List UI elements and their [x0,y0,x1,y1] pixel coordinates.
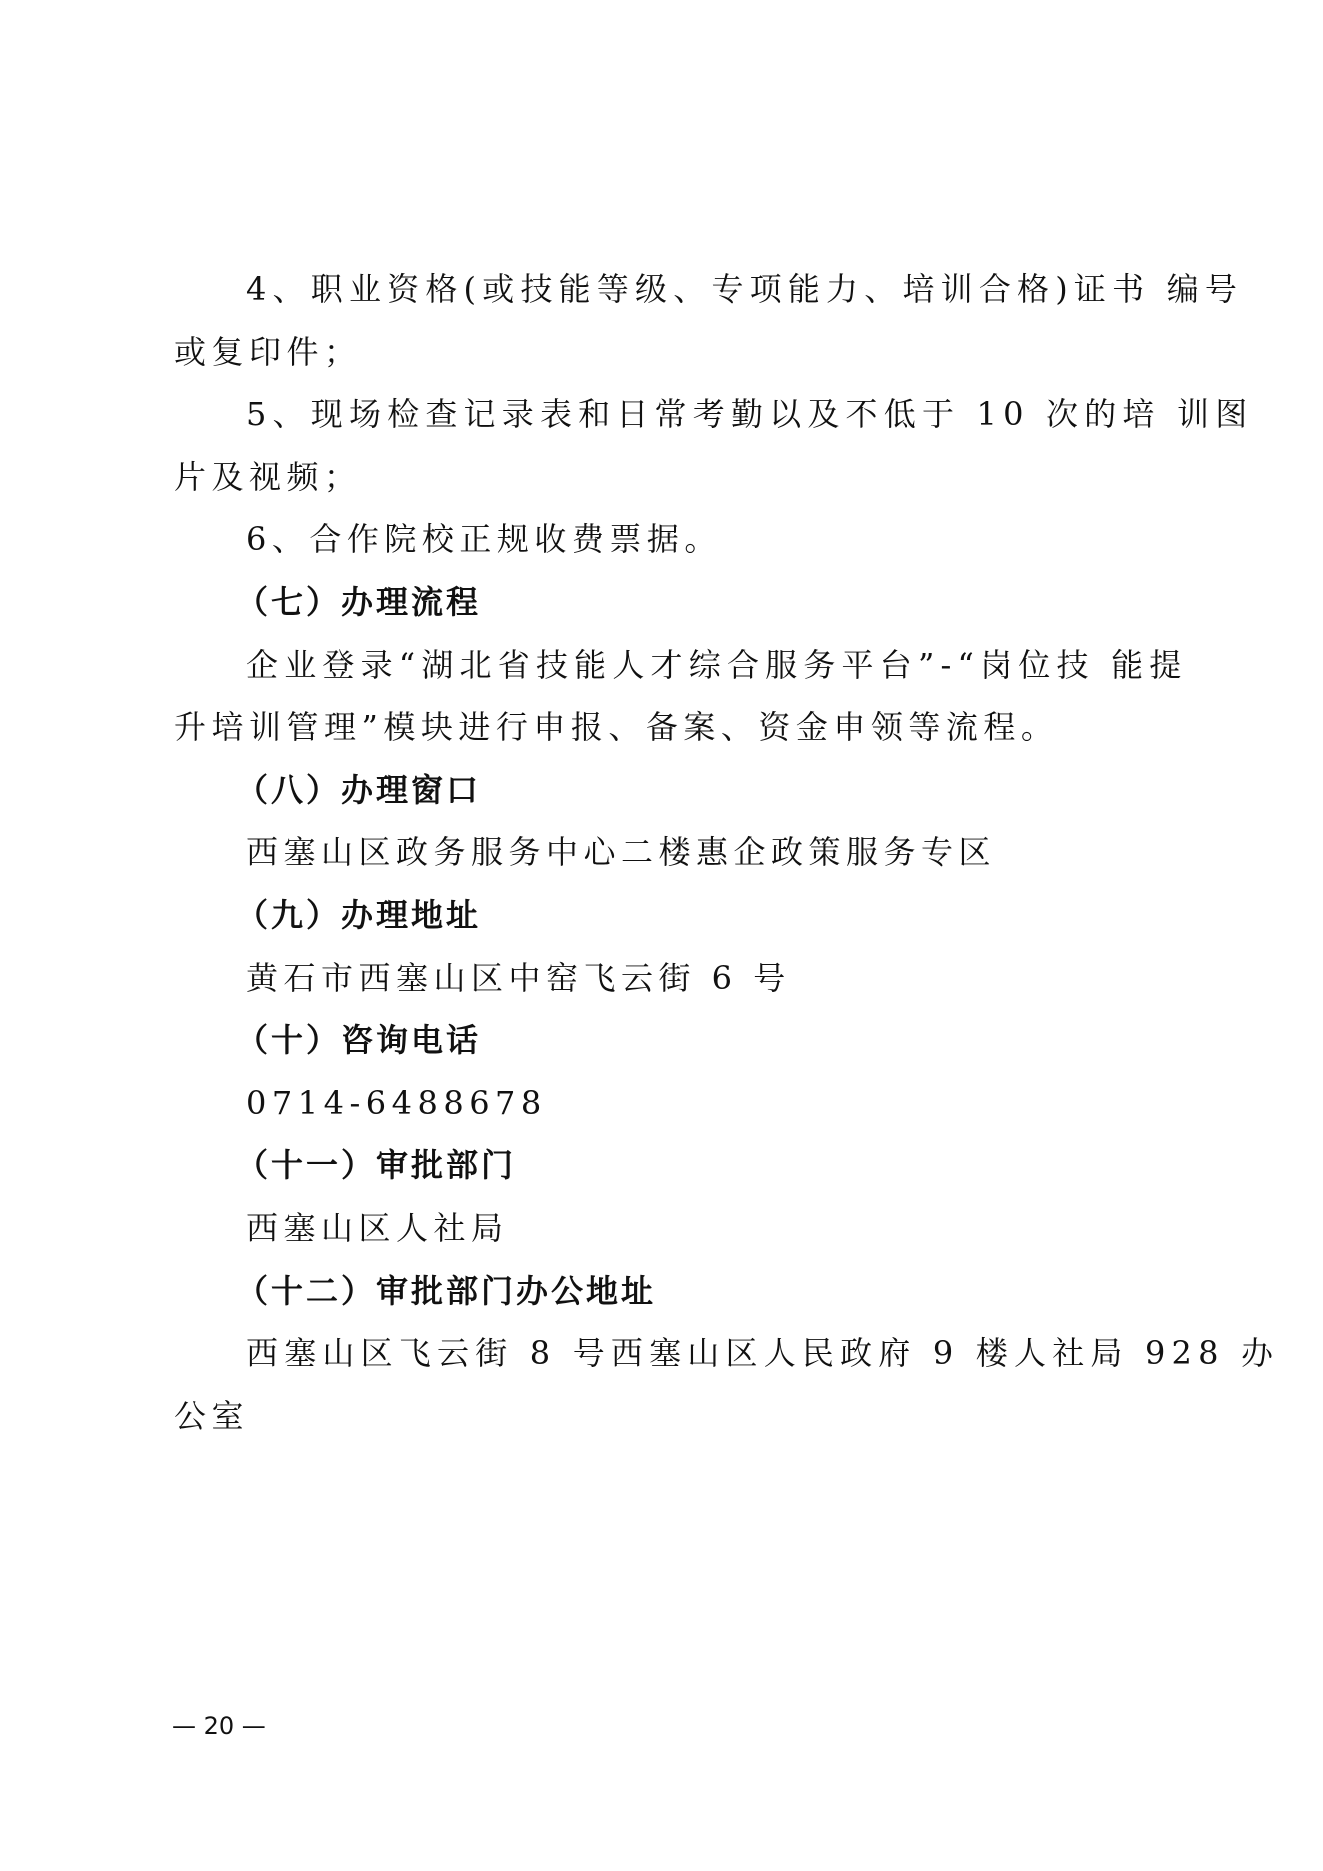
window-body: 西塞山区政务服务中心二楼惠企政策服务专区 [174,821,1164,884]
department-address-line-1: 西塞山区飞云街 8 号西塞山区人民政府 9 楼人社局 928 办 [174,1322,1164,1385]
address-body: 黄石市西塞山区中窑飞云街 6 号 [174,947,1164,1010]
material-item-5-line-2: 片及视频； [174,446,1164,509]
material-item-5-line-1: 5、现场检查记录表和日常考勤以及不低于 10 次的培 训图 [174,383,1164,446]
section-heading-window: （八）办理窗口 [174,759,1164,822]
department-address-line-2: 公室 [174,1385,1164,1448]
section-heading-process: （七）办理流程 [174,571,1164,634]
document-page: 4、职业资格(或技能等级、专项能力、培训合格)证书 编号 或复印件； 5、现场检… [174,258,1164,1447]
section-heading-address: （九）办理地址 [174,884,1164,947]
material-item-4-line-2: 或复印件； [174,321,1164,384]
phone-body: 0714-6488678 [174,1072,1164,1135]
material-item-4-line-1: 4、职业资格(或技能等级、专项能力、培训合格)证书 编号 [174,258,1164,321]
page-number: — 20 — [172,1712,266,1740]
material-item-6: 6、合作院校正规收费票据。 [174,508,1164,571]
process-body-line-2: 升培训管理”模块进行申报、备案、资金申领等流程。 [174,696,1164,759]
section-heading-department: （十一）审批部门 [174,1134,1164,1197]
department-body: 西塞山区人社局 [174,1197,1164,1260]
process-body-line-1: 企业登录“湖北省技能人才综合服务平台”-“岗位技 能提 [174,634,1164,697]
section-heading-phone: （十）咨询电话 [174,1009,1164,1072]
section-heading-department-address: （十二）审批部门办公地址 [174,1260,1164,1323]
